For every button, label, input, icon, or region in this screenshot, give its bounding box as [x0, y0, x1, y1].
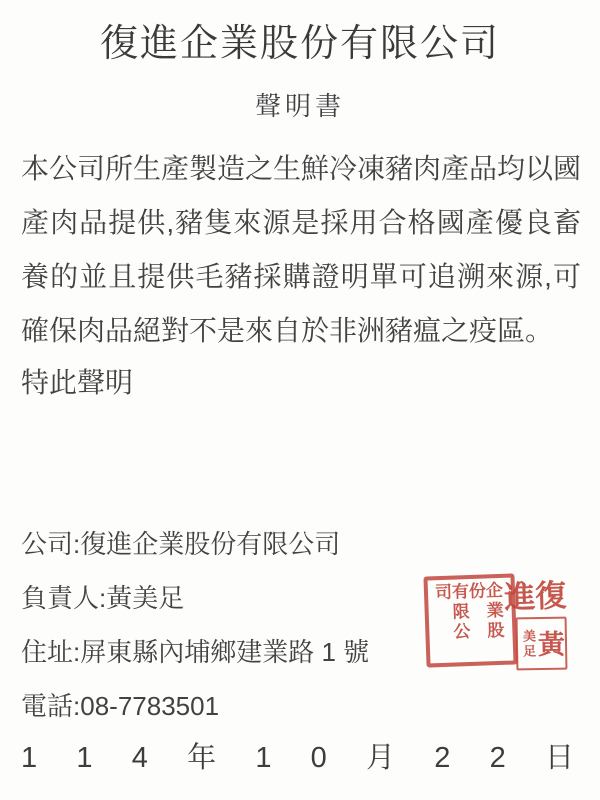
company-info-block: 公司:復進企業股份有限公司 負責人:黃美足 住址:屏東縣內埔鄉建業路 1 號 電…	[21, 522, 369, 738]
info-row-owner: 負責人:黃美足	[21, 576, 369, 630]
date-part: 2	[434, 738, 450, 778]
date-part: 2	[490, 738, 506, 778]
date-part: 1	[21, 738, 37, 778]
body-line: 確保肉品絕對不是來自於非洲豬瘟之疫區。	[21, 308, 581, 362]
seal-column: 黃	[535, 621, 563, 666]
info-label: 住址	[21, 637, 73, 667]
date-part: 1	[76, 738, 92, 778]
info-label: 電話	[21, 691, 73, 721]
body-line: 本公司所生產製造之生鮮冷凍豬肉產品均以國	[21, 146, 581, 200]
seal-column: 企業股份	[466, 581, 503, 659]
info-row-address: 住址:屏東縣內埔鄉建業路 1 號	[21, 630, 369, 684]
info-value: 黃美足	[106, 583, 184, 613]
date-part: 日	[545, 738, 574, 778]
page-title: 復進企業股份有限公司	[0, 12, 600, 67]
date-part: 0	[311, 738, 327, 778]
body-line: 產肉品提供,豬隻來源是採用合格國產優良畜	[21, 200, 581, 254]
info-row-phone: 電話:08-7783501	[21, 684, 369, 738]
company-seal-stamp: 有限公司 企業股份 復進	[423, 573, 517, 667]
info-value: 屏東縣內埔鄉建業路 1 號	[80, 637, 369, 667]
date-part: 年	[187, 738, 216, 778]
info-value: 復進企業股份有限公司	[80, 529, 340, 559]
info-label: 公司	[21, 529, 73, 559]
personal-seal-stamp: 美足 黃	[516, 617, 568, 671]
info-label: 負責人	[21, 583, 99, 613]
date-line: 1 1 4 年 1 0 月 2 2 日	[21, 738, 574, 778]
info-value: 08-7783501	[80, 691, 219, 721]
date-part: 4	[132, 738, 148, 778]
declaration-document: 復進企業股份有限公司 聲明書 本公司所生產製造之生鮮冷凍豬肉產品均以國 產肉品提…	[0, 0, 600, 800]
seal-column: 有限公司	[432, 582, 469, 660]
body-paragraph: 本公司所生產製造之生鮮冷凍豬肉產品均以國 產肉品提供,豬隻來源是採用合格國產優良…	[21, 146, 581, 362]
body-line: 養的並且提供毛豬採購證明單可追溯來源,可	[21, 254, 581, 308]
info-row-company: 公司:復進企業股份有限公司	[21, 522, 369, 576]
closing-statement: 特此聲明	[21, 360, 133, 406]
date-part: 月	[366, 738, 395, 778]
date-part: 1	[255, 738, 271, 778]
doc-subtitle: 聲明書	[0, 86, 600, 123]
